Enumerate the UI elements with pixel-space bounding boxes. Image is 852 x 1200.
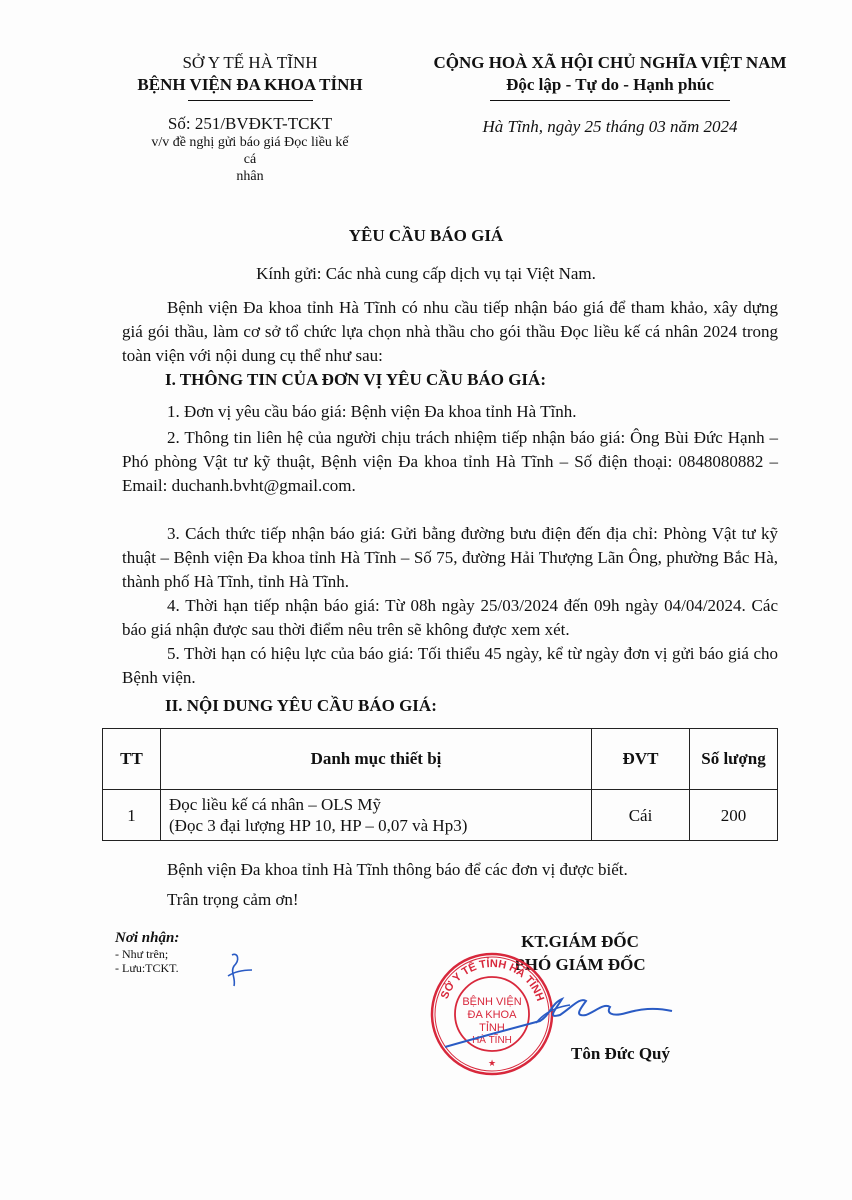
info-item-4: 4. Thời hạn tiếp nhận báo giá: Từ 08h ng… <box>122 594 778 642</box>
col-item-name: Danh mục thiết bị <box>161 729 592 790</box>
issuer-block: SỞ Y TẾ HÀ TĨNH BỆNH VIỆN ĐA KHOA TỈNH S… <box>100 52 400 185</box>
closing-thanks: Trân trọng cảm ơn! <box>122 888 778 912</box>
info-item-2: 2. Thông tin liên hệ của người chịu trác… <box>122 426 778 498</box>
recipients-block: Nơi nhận: - Như trên; - Lưu:TCKT. <box>115 930 179 975</box>
quote-items-table: TT Danh mục thiết bị ĐVT Số lượng 1 Đọc … <box>102 728 778 841</box>
row-item-name: Đọc liều kế cá nhân – OLS Mỹ (Đọc 3 đại … <box>161 790 592 841</box>
item-name-line-2: (Đọc 3 đại lượng HP 10, HP – 0,07 và Hp3… <box>169 816 467 835</box>
subject-line-1: v/v đề nghị gửi báo giá Đọc liều kế cá <box>151 135 348 167</box>
recipient-item: - Như trên; <box>115 947 179 961</box>
nation-title: CỘNG HOÀ XÃ HỘI CHỦ NGHĨA VIỆT NAM <box>400 52 820 74</box>
closing-notice: Bệnh viện Đa khoa tỉnh Hà Tĩnh thông báo… <box>122 858 778 882</box>
subject-line: v/v đề nghị gửi báo giá Đọc liều kế cá n… <box>150 134 350 185</box>
intro-paragraph: Bệnh viện Đa khoa tỉnh Hà Tĩnh có nhu cầ… <box>122 296 778 368</box>
col-tt: TT <box>103 729 161 790</box>
row-unit: Cái <box>592 790 690 841</box>
table-row: 1 Đọc liều kế cá nhân – OLS Mỹ (Đọc 3 đạ… <box>103 790 778 841</box>
recipient-item: - Lưu:TCKT. <box>115 961 179 975</box>
row-quantity: 200 <box>690 790 778 841</box>
motto: Độc lập - Tự do - Hạnh phúc <box>400 74 820 96</box>
section-1-heading: I. THÔNG TIN CỦA ĐƠN VỊ YÊU CẦU BÁO GIÁ: <box>165 370 546 390</box>
col-quantity: Số lượng <box>690 729 778 790</box>
item-name-line-1: Đọc liều kế cá nhân – OLS Mỹ <box>169 795 381 814</box>
table-header-row: TT Danh mục thiết bị ĐVT Số lượng <box>103 729 778 790</box>
recipients-heading: Nơi nhận: <box>115 930 179 947</box>
addressee: Kính gửi: Các nhà cung cấp dịch vụ tại V… <box>0 264 852 284</box>
subject-line-2: nhân <box>236 169 263 184</box>
department-name: SỞ Y TẾ HÀ TĨNH <box>100 52 400 74</box>
document-number: Số: 251/BVĐKT-TCKT <box>100 114 400 134</box>
divider <box>188 100 313 101</box>
divider <box>490 100 730 101</box>
info-item-3: 3. Cách thức tiếp nhận báo giá: Gửi bằng… <box>122 522 778 594</box>
initials-mark-icon <box>224 952 254 988</box>
document-title: YÊU CẦU BÁO GIÁ <box>0 226 852 246</box>
info-item-1: 1. Đơn vị yêu cầu báo giá: Bệnh viện Đa … <box>122 400 778 424</box>
row-tt: 1 <box>103 790 161 841</box>
hospital-name: BỆNH VIỆN ĐA KHOA TỈNH <box>100 74 400 96</box>
signer-name: Tôn Đức Quý <box>470 1044 670 1064</box>
section-2-heading: II. NỘI DUNG YÊU CẦU BÁO GIÁ: <box>165 696 437 716</box>
national-header: CỘNG HOÀ XÃ HỘI CHỦ NGHĨA VIỆT NAM Độc l… <box>400 52 820 137</box>
place-date: Hà Tĩnh, ngày 25 tháng 03 năm 2024 <box>400 117 820 137</box>
col-unit: ĐVT <box>592 729 690 790</box>
info-item-5: 5. Thời hạn có hiệu lực của báo giá: Tối… <box>122 642 778 690</box>
